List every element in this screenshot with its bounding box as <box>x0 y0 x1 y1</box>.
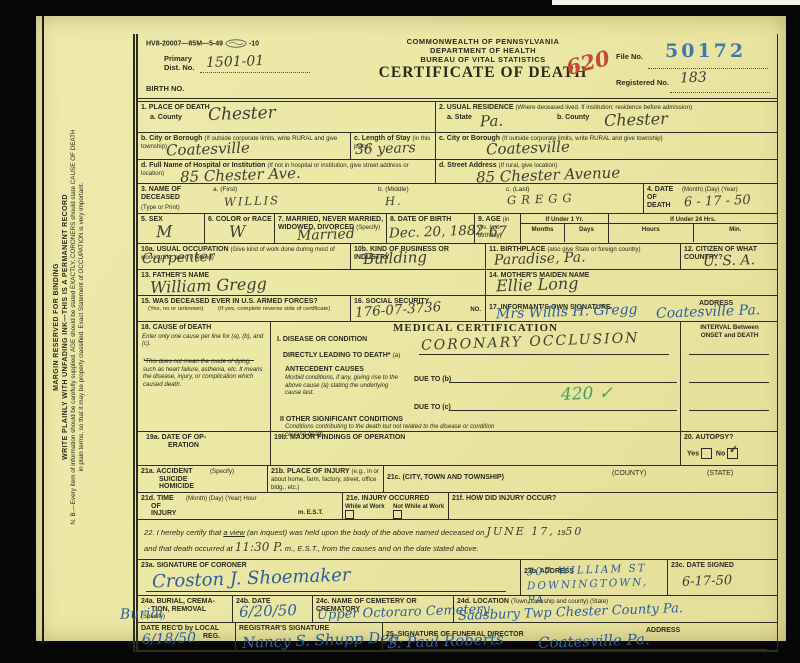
res-city-value: Coatesville <box>486 138 570 159</box>
margin-line: WRITE PLAINLY WITH UNFADING INK—THIS IS … <box>61 34 70 620</box>
under-24hrs-header: If Under 24 Hrs. <box>609 214 777 223</box>
form-number: HV8-20007—85M—5-49 -10 <box>146 39 259 48</box>
section-occupation: 10a. USUAL OCCUPATION (Give kind of work… <box>138 244 350 269</box>
section-injury-occurred: 21e. INJURY OCCURRED While at Work Not W… <box>342 493 448 519</box>
county-label: a. County <box>138 112 435 122</box>
section-ssn: 16. SOCIAL SECURITY NO. 176-07-3736 <box>350 296 485 321</box>
stamp-number-text: -10 <box>249 40 259 47</box>
date-received-value: 6/18/50 <box>142 630 197 648</box>
section-accident-suicide: 21a. ACCIDENT SUICIDE HOMICIDE (Specify) <box>138 466 267 492</box>
armed-forces-note1: (Yes, no or unknown) <box>148 306 218 312</box>
certify-pre2: and that death occurred at <box>144 544 233 553</box>
dist-no-line <box>200 72 310 73</box>
time-injury-label: 21d. TIME OF INJURY <box>138 493 178 518</box>
section-funeral-director: 25. SIGNATURE OF FUNERAL DIRECTOR ADDRES… <box>382 623 777 650</box>
certify-view: a view <box>223 528 245 537</box>
row-registrar: DATE REC'D by LOCAL REG. 6/18/50 REGISTR… <box>138 622 777 650</box>
interval-label: INTERVAL Between ONSET and DEATH <box>681 322 777 340</box>
certify-mid: (an inquest) was held upon the body of t… <box>247 528 484 537</box>
ssn-no-label: NO. <box>467 304 483 314</box>
certificate-paper: MARGIN RESERVED FOR BINDING WRITE PLAINL… <box>36 16 786 641</box>
res-county-label: b. County <box>554 112 591 122</box>
injury-state-label: (STATE) <box>704 468 735 478</box>
burial-date-value: 6/20/50 <box>239 601 297 621</box>
due-to-b-line <box>449 382 677 383</box>
place-of-injury-text: 21b. PLACE OF INJURY <box>271 468 350 475</box>
antecedent-causes-label: ANTECEDENT CAUSES <box>271 362 680 374</box>
not-while-at-work-option: Not While at Work <box>393 504 445 519</box>
marital-value: Married <box>297 226 355 244</box>
disease-condition-l2-text: DIRECTLY LEADING TO DEATH* <box>283 352 390 359</box>
length-of-stay-value: 36 years <box>355 140 416 158</box>
section-under-24hrs: If Under 24 Hrs. Hours Min. <box>608 214 777 243</box>
section-under-1yr: If Under 1 Yr. Months Days <box>520 214 608 243</box>
operation-date-l1: 19a. DATE OF OP- <box>146 434 206 441</box>
accident-l3: HOMICIDE <box>141 483 194 490</box>
row-occupation: 10a. USUAL OCCUPATION (Give kind of work… <box>138 243 777 269</box>
section-place-of-death: 1. PLACE OF DEATH a. County Chester b. C… <box>138 102 435 183</box>
length-of-stay-cell: c. Length of Stay (in this place) 36 yea… <box>350 133 435 159</box>
age-value: 67 <box>489 224 507 241</box>
registered-no-value: 183 <box>680 70 707 87</box>
armed-forces-label: 15. WAS DECEASED EVER IN U.S. ARMED FORC… <box>138 296 350 306</box>
days-label: Days <box>564 224 608 242</box>
due-to-c-label: DUE TO (c) <box>411 402 453 412</box>
interval-line-c <box>689 410 769 411</box>
row-parents: 13. FATHER'S NAME William Gregg 14. MOTH… <box>138 269 777 295</box>
county-value: Chester <box>208 103 276 125</box>
section-date-of-death: 4. DATE OF DEATH (Month) (Day) (Year) 6 … <box>643 184 777 213</box>
name-title: 3. NAME OF DECEASED <box>138 184 210 202</box>
autopsy-options: Yes No ✓ <box>687 448 738 459</box>
margin-line: N. B.—Every item of information should b… <box>70 34 78 620</box>
file-no-label: File No. <box>616 52 643 61</box>
dod-l2: OF <box>647 194 657 201</box>
file-no-stamp: 50172 <box>665 40 746 62</box>
certify-post: m., E.S.T., from the causes and on the d… <box>285 544 479 553</box>
burial-l1: 24a. BURIAL, CREMA- <box>141 598 215 605</box>
industry-value: Building <box>363 248 428 268</box>
how-injury-label: 21f. HOW DID INJURY OCCUR? <box>449 493 777 503</box>
accident-l1: 21a. ACCIDENT <box>141 468 192 475</box>
section-age: 9. AGE (in yrs. last birthday) 67 <box>474 214 520 243</box>
date-signed-label: 23c. DATE SIGNED <box>668 560 777 570</box>
mother-value: Ellie Long <box>496 274 579 296</box>
burial-value: Burial <box>120 605 164 623</box>
place-of-injury-label: 21b. PLACE OF INJURY (e.g., in or about … <box>268 466 383 492</box>
photo-edge-strip <box>552 0 800 5</box>
row-sex-age: 5. SEX M 6. COLOR or RACE W 7. MARRIED, … <box>138 213 777 243</box>
dob-value: Dec. 20, 1882 <box>389 222 485 241</box>
while-at-work-option: While at Work <box>345 504 393 519</box>
section-registrar-signature: REGISTRAR'S SIGNATURE Nancy S. Shupp Dep… <box>235 623 382 650</box>
section-place-of-injury: 21b. PLACE OF INJURY (e.g., in or about … <box>267 466 383 492</box>
margin-line: MARGIN RESERVED FOR BINDING <box>52 34 61 620</box>
injury-occurred-label: 21e. INJURY OCCURRED <box>343 493 448 503</box>
due-to-c-line <box>449 410 677 411</box>
while-at-work-checkbox[interactable] <box>345 510 354 519</box>
injury-county-label: (COUNTY) <box>609 468 648 478</box>
birthplace-value: Paradise, Pa. <box>494 249 586 268</box>
armed-forces-notes: (Yes, no or unknown) (If yes, complete r… <box>138 306 350 312</box>
place-county-subrow: 1. PLACE OF DEATH a. County Chester <box>138 102 435 133</box>
occupation-value: Carpenter <box>142 249 215 268</box>
date-signed-value: 6-17-50 <box>682 573 733 590</box>
dod-l1: 4. DATE <box>647 186 673 193</box>
section-burial-type: 24a. BURIAL, CREMA- TION, REMOVAL (Speci… <box>138 596 232 622</box>
place-city-cell: b. City or Borough (If outside corporate… <box>138 133 350 159</box>
section-usual-residence: 2. USUAL RESIDENCE (Where deceased lived… <box>435 102 777 183</box>
row-place-residence: 1. PLACE OF DEATH a. County Chester b. C… <box>138 98 777 183</box>
section-industry: 10b. KIND OF BUSINESS OR INDUSTRY Buildi… <box>350 244 485 269</box>
section-citizen: 12. CITIZEN OF WHAT COUNTRY? U. S. A. <box>680 244 777 269</box>
section-date-of-operation: 19a. DATE OF OP- ERATION <box>138 432 270 465</box>
section-date-received: DATE REC'D by LOCAL REG. 6/18/50 <box>138 623 235 650</box>
last-name-value: GREGG <box>507 191 577 207</box>
form-header: HV8-20007—85M—5-49 -10 Primary Dist. No.… <box>138 34 777 98</box>
section-burial-date: 24b. DATE 6/20/50 <box>232 596 312 622</box>
file-no-line <box>648 68 768 69</box>
row-burial: 24a. BURIAL, CREMA- TION, REMOVAL (Speci… <box>138 595 777 622</box>
sex-value: M <box>156 222 173 242</box>
residence-title-text: 2. USUAL RESIDENCE <box>439 104 514 111</box>
cause-of-death-title: 18. CAUSE of DEATH <box>138 322 270 332</box>
form-number-text: HV8-20007—85M—5-49 <box>146 40 223 47</box>
autopsy-yes-label: Yes <box>687 450 699 457</box>
time-injury-est: m. E.S.T. <box>298 509 323 516</box>
interval-line-a <box>689 354 769 355</box>
accident-label: 21a. ACCIDENT SUICIDE HOMICIDE <box>138 466 267 491</box>
middle-name-label: b. (Middle) <box>375 184 503 194</box>
cause-a-paren: (a) <box>392 352 400 359</box>
section-coroner-signature: 23a. SIGNATURE OF CORONER Croston J. Sho… <box>138 560 520 595</box>
time-injury-l2: OF <box>141 503 161 510</box>
first-name-value: WILLIS <box>224 193 281 209</box>
cause-note2: *This does not mean the mode of dying, s… <box>138 348 270 388</box>
section-autopsy: 20. AUTOPSY? Yes No ✓ <box>680 432 777 465</box>
date-of-death-label: 4. DATE OF DEATH <box>644 184 675 210</box>
cause-divider <box>144 360 254 361</box>
certify-yr19: 19 <box>557 528 565 537</box>
section-coroner-address: 23b. ADDRESS 307 WILLIAM ST DOWNINGTOWN,… <box>520 560 667 595</box>
certify-date-value: JUNE 17, <box>486 524 554 539</box>
cause-code-annotation: 420 ✓ <box>561 383 614 405</box>
section-sex: 5. SEX M <box>138 214 204 243</box>
morbid-conditions-note: Morbid conditions, if any, giving rise t… <box>285 374 405 397</box>
cause-note1: Enter only one cause per line for (a), (… <box>138 332 270 348</box>
name-note: (Type or Print) <box>138 202 210 212</box>
under-1yr-cols: Months Days <box>521 223 608 242</box>
autopsy-no-label: No <box>716 450 725 457</box>
place-city-subrow: b. City or Borough (If outside corporate… <box>138 133 435 160</box>
birth-no-label: BIRTH NO. <box>146 84 184 93</box>
informant-address-value: Coatesville Pa. <box>656 302 761 322</box>
section-injury-city: 21c. (CITY, TOWN AND TOWNSHIP) (COUNTY) … <box>383 466 777 492</box>
marital-note: (Specify) <box>356 224 380 231</box>
disease-condition-l2: DIRECTLY LEADING TO DEATH* (a) <box>271 350 402 360</box>
autopsy-no-checkmark: ✓ <box>729 443 739 456</box>
section-date-of-birth: 8. DATE OF BIRTH Dec. 20, 1882 <box>386 214 474 243</box>
certificate-form: HV8-20007—85M—5-49 -10 Primary Dist. No.… <box>133 34 778 652</box>
margin-line: in plain terms, so that it may be proper… <box>78 34 86 620</box>
section-date-signed: 23c. DATE SIGNED 6-17-50 <box>667 560 777 595</box>
first-name-col: a. (First) WILLIS <box>210 184 375 213</box>
district-number-block: Primary Dist. No. <box>164 54 194 72</box>
min-label: Min. <box>693 224 778 242</box>
section-informant: 17. INFORMANT'S OWN SIGNATURE ADDRESS Mr… <box>485 296 777 321</box>
interval-line-b <box>689 382 769 383</box>
operation-date-label: 19a. DATE OF OP- ERATION <box>138 432 270 450</box>
operation-findings-label: 19b. MAJOR FINDINGS OF OPERATION <box>271 432 680 442</box>
row-forces-ssn-informant: 15. WAS DECEASED EVER IN U.S. ARMED FORC… <box>138 295 777 321</box>
autopsy-yes-checkbox[interactable] <box>701 448 712 459</box>
time-injury-l1: 21d. TIME <box>141 495 174 502</box>
middle-name-col: b. (Middle) H. <box>375 184 503 213</box>
scanned-photo-background: MARGIN RESERVED FOR BINDING WRITE PLAINL… <box>0 0 800 663</box>
section-marital: 7. MARRIED, NEVER MARRIED, WIDOWED, DIVO… <box>274 214 386 243</box>
section-mother: 14. MOTHER'S MAIDEN NAME Ellie Long <box>485 270 777 295</box>
middle-name-value: H. <box>385 194 403 209</box>
months-label: Months <box>521 224 564 242</box>
time-injury-l3: INJURY <box>141 510 176 517</box>
citizen-value: U. S. A. <box>703 252 755 270</box>
cause-a-line <box>419 354 669 355</box>
row-certify-statement: 22. I hereby certify that a view (an inq… <box>138 519 777 559</box>
under-24hrs-cols: Hours Min. <box>609 223 777 242</box>
section-cause-of-death-notes: 18. CAUSE of DEATH Enter only one cause … <box>138 322 270 431</box>
org-line: COMMONWEALTH OF PENNSYLVANIA <box>338 37 628 46</box>
under-1yr-header: If Under 1 Yr. <box>521 214 608 223</box>
row-time-of-injury: 21d. TIME OF INJURY (Month) (Day) (Year)… <box>138 492 777 519</box>
interval-l2: ONSET and DEATH <box>701 332 759 339</box>
binding-margin-note: MARGIN RESERVED FOR BINDING WRITE PLAINL… <box>52 34 86 620</box>
age-label-text: 9. AGE <box>478 216 501 223</box>
section-burial-location: 24d. LOCATION (Town, township and county… <box>453 596 777 622</box>
section-interval: INTERVAL Between ONSET and DEATH <box>680 322 777 431</box>
interval-l1: INTERVAL Between <box>700 324 758 331</box>
row-operation-autopsy: 19a. DATE OF OP- ERATION 19b. MAJOR FIND… <box>138 431 777 465</box>
row-accident: 21a. ACCIDENT SUICIDE HOMICIDE (Specify)… <box>138 465 777 492</box>
coroner-signature-line <box>146 591 506 592</box>
funeral-director-line <box>387 649 767 650</box>
place-city-value: Coatesville <box>166 139 250 160</box>
primary-label: Primary <box>164 54 194 63</box>
time-injury-columns: (Month) (Day) (Year) Hour <box>186 495 257 502</box>
section-birthplace: 11. BIRTHPLACE (also give State or forei… <box>485 244 680 269</box>
section-operation-findings: 19b. MAJOR FINDINGS OF OPERATION <box>270 432 680 465</box>
residence-city-subrow: c. City or Borough (If outside corporate… <box>436 133 777 160</box>
injury-occurred-options: While at Work Not While at Work <box>343 503 448 520</box>
state-label: a. State <box>444 112 474 122</box>
dist-no-label: Dist. No. <box>164 63 194 72</box>
section-how-injury: 21f. HOW DID INJURY OCCUR? <box>448 493 777 519</box>
row-name-date: 3. NAME OF DECEASED (Type or Print) a. (… <box>138 183 777 213</box>
father-value: William Gregg <box>150 274 267 297</box>
union-bug-stamp-icon <box>225 39 247 48</box>
registered-no-label: Registered No. <box>616 78 669 87</box>
accident-l2: SUICIDE <box>141 476 187 483</box>
last-name-col: c. (Last) GREGG <box>503 184 643 213</box>
section-armed-forces: 15. WAS DECEASED EVER IN U.S. ARMED FORC… <box>138 296 350 321</box>
date-of-death-value: 6 - 17 - 50 <box>684 193 751 210</box>
color-race-value: W <box>229 222 246 242</box>
dist-no-value: 1501-01 <box>206 53 265 71</box>
first-name-label: a. (First) <box>210 184 375 194</box>
certify-text: 22. I hereby certify that a view (an inq… <box>138 520 777 556</box>
res-county-value: Chester <box>604 109 668 130</box>
row-coroner: 23a. SIGNATURE OF CORONER Croston J. Sho… <box>138 559 777 595</box>
section-name-of-deceased: 3. NAME OF DECEASED (Type or Print) a. (… <box>138 184 643 213</box>
place-of-death-title: 1. PLACE OF DEATH <box>138 102 435 112</box>
section-time-of-injury: 21d. TIME OF INJURY (Month) (Day) (Year)… <box>138 493 342 519</box>
dod-columns: (Month) (Day) (Year) <box>682 186 738 193</box>
armed-forces-note2: (If yes, complete reverse side of certif… <box>218 306 338 312</box>
section-cemetery: 24c. NAME OF CEMETERY OR CREMATORY Upper… <box>312 596 453 622</box>
autopsy-no-checkbox[interactable]: ✓ <box>727 448 738 459</box>
dod-l3: DEATH <box>647 202 671 209</box>
due-to-b-label: DUE TO (b) <box>411 374 453 384</box>
residence-state-subrow: 2. USUAL RESIDENCE (Where deceased lived… <box>436 102 777 133</box>
autopsy-label: 20. AUTOPSY? <box>681 432 777 442</box>
section-color-race: 6. COLOR or RACE W <box>204 214 274 243</box>
hours-label: Hours <box>609 224 693 242</box>
state-value: Pa. <box>480 112 504 131</box>
name-title-block: 3. NAME OF DECEASED (Type or Print) <box>138 184 210 213</box>
operation-date-l2: ERATION <box>146 442 199 449</box>
certify-pre1: 22. I hereby certify that <box>144 528 221 537</box>
certify-time-value: 11:30 P. <box>235 540 283 555</box>
certify-yr-value: 50 <box>565 524 583 539</box>
accident-specify-note: (Specify) <box>210 468 234 475</box>
section-father: 13. FATHER'S NAME William Gregg <box>138 270 485 295</box>
registered-no-line <box>670 92 770 93</box>
section-medical-certification: MEDICAL CERTIFICATION I. DISEASE OR COND… <box>270 322 680 431</box>
injury-city-label: 21c. (CITY, TOWN AND TOWNSHIP) <box>384 472 506 482</box>
not-while-at-work-checkbox[interactable] <box>393 510 402 519</box>
burial-location-text: 24d. LOCATION <box>457 598 509 605</box>
row-medical-certification: 18. CAUSE of DEATH Enter only one cause … <box>138 321 777 431</box>
